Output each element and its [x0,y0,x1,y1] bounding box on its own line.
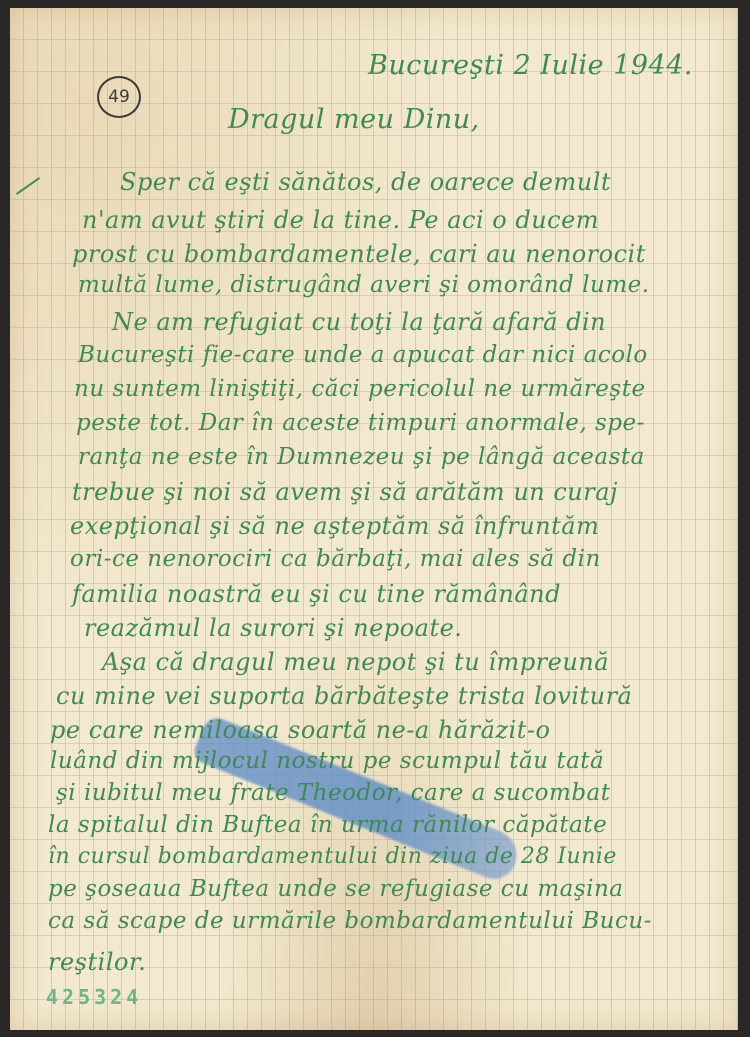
letter-line: cu mine vei suporta bărbăteşte trista lo… [56,682,632,710]
letter-line: n'am avut ştiri de la tine. Pe aci o duc… [82,206,599,234]
letter-line: Ne am refugiat cu toţi la ţară afară din [112,308,606,336]
letter-line: Aşa că dragul meu nepot şi tu împreună [102,648,609,676]
letter-line: ori-ce nenorociri ca bărbaţi, mai ales s… [70,546,601,572]
letter-line: exepţional şi să ne aşteptăm să înfruntă… [70,512,599,540]
letter-line: Bucureşti fie-care unde a apucat dar nic… [78,342,648,368]
letter-line: ranţa ne este în Dumnezeu şi pe lângă ac… [78,444,645,470]
letter-salutation: Dragul meu Dinu, [228,104,480,135]
page-number: 49 [108,87,130,107]
letter-line: şi iubitul meu frate Theodor, care a suc… [56,780,611,806]
letter-line: Sper că eşti sănătos, de oarece demult [120,168,611,196]
letter-line: reazămul la surori şi nepoate. [84,614,462,642]
page-number-circle: 49 [97,76,141,118]
letter-line: multă lume, distrugând averi şi omorând … [78,272,650,298]
letter-line: peste tot. Dar în aceste timpuri anormal… [76,410,645,436]
letter-line: la spitalul din Buftea în urma rănilor c… [48,812,607,838]
letter-line: reştilor. [48,948,146,976]
letter-line: pe şoseaua Buftea unde se refugiase cu m… [48,876,624,902]
letter-line: pe care nemiloasa soartă ne-a hărăzit-o [50,716,550,744]
letter-line: nu suntem liniştiţi, căci pericolul ne u… [74,376,646,402]
archive-stamp-number: 425324 [46,985,142,1009]
letter-line: ca să scape de urmările bombardamentului… [48,908,652,934]
letter-line: trebue şi noi să avem şi să arătăm un cu… [72,478,618,506]
letter-line: familia noastră eu şi cu tine rămânând [72,580,561,608]
letter-line: în cursul bombardamentului din ziua de 2… [48,844,617,869]
letter-line: prost cu bombardamentele, cari au nenoro… [72,240,646,268]
letter-date-header: Bucureşti 2 Iulie 1944. [368,50,693,81]
letter-line: luând din mijlocul nostru pe scumpul tău… [50,748,604,774]
